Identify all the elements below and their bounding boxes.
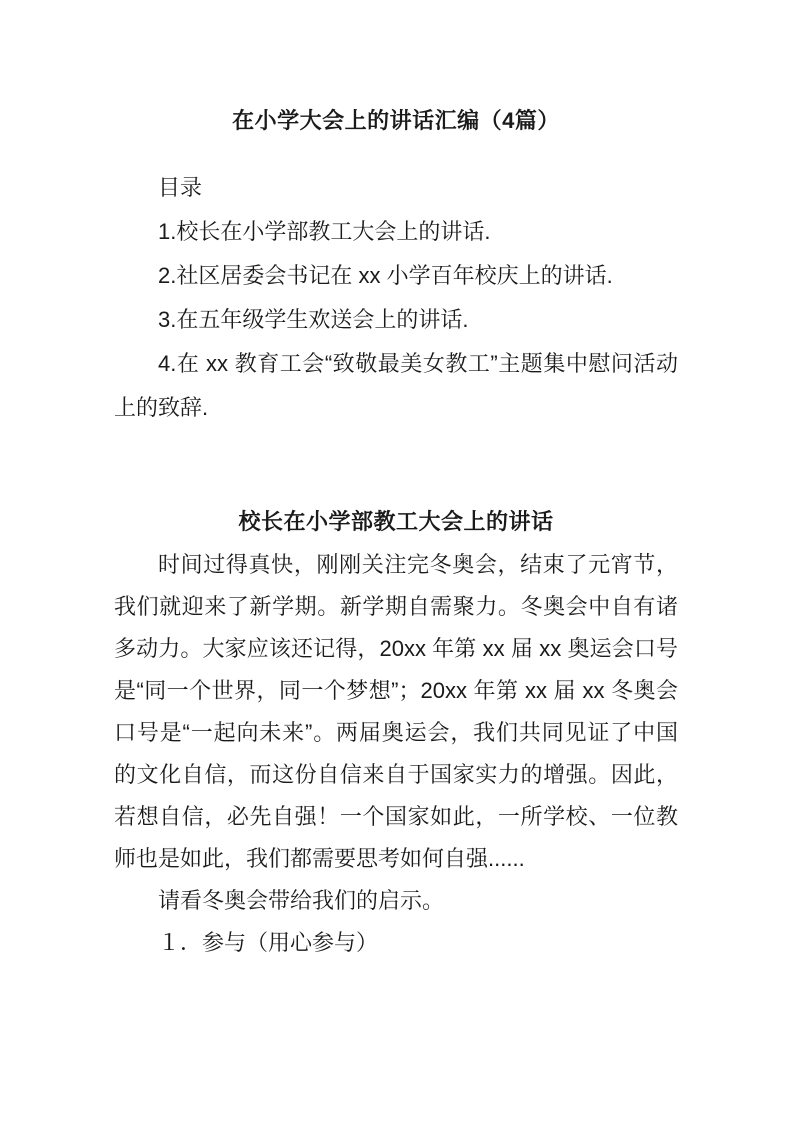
toc-item-4: 4.在 xx 教育工会“致敬最美女教工”主题集中慰问活动上的致辞. <box>114 342 678 430</box>
toc-item-3: 3.在五年级学生欢送会上的讲话. <box>114 298 678 342</box>
toc-item-1: 1.校长在小学部教工大会上的讲话. <box>114 210 678 254</box>
toc-label: 目录 <box>114 166 678 210</box>
table-of-contents: 目录 1.校长在小学部教工大会上的讲话. 2.社区居委会书记在 xx 小学百年校… <box>114 166 678 430</box>
document-title: 在小学大会上的讲话汇编（4篇） <box>114 100 678 142</box>
toc-item-2: 2.社区居委会书记在 xx 小学百年校庆上的讲话. <box>114 254 678 298</box>
document-content: 在小学大会上的讲话汇编（4篇） 目录 1.校长在小学部教工大会上的讲话. 2.社… <box>0 0 793 964</box>
body-paragraph-1: 时间过得真快，刚刚关注完冬奥会，结束了元宵节，我们就迎来了新学期。新学期自需聚力… <box>114 544 678 880</box>
section-heading: 校长在小学部教工大会上的讲话 <box>114 500 678 544</box>
body-paragraph-3: １．参与（用心参与） <box>114 922 678 964</box>
section-body: 时间过得真快，刚刚关注完冬奥会，结束了元宵节，我们就迎来了新学期。新学期自需聚力… <box>114 544 678 964</box>
document-page: 在小学大会上的讲话汇编（4篇） 目录 1.校长在小学部教工大会上的讲话. 2.社… <box>0 0 793 1122</box>
body-paragraph-2: 请看冬奥会带给我们的启示。 <box>114 880 678 922</box>
